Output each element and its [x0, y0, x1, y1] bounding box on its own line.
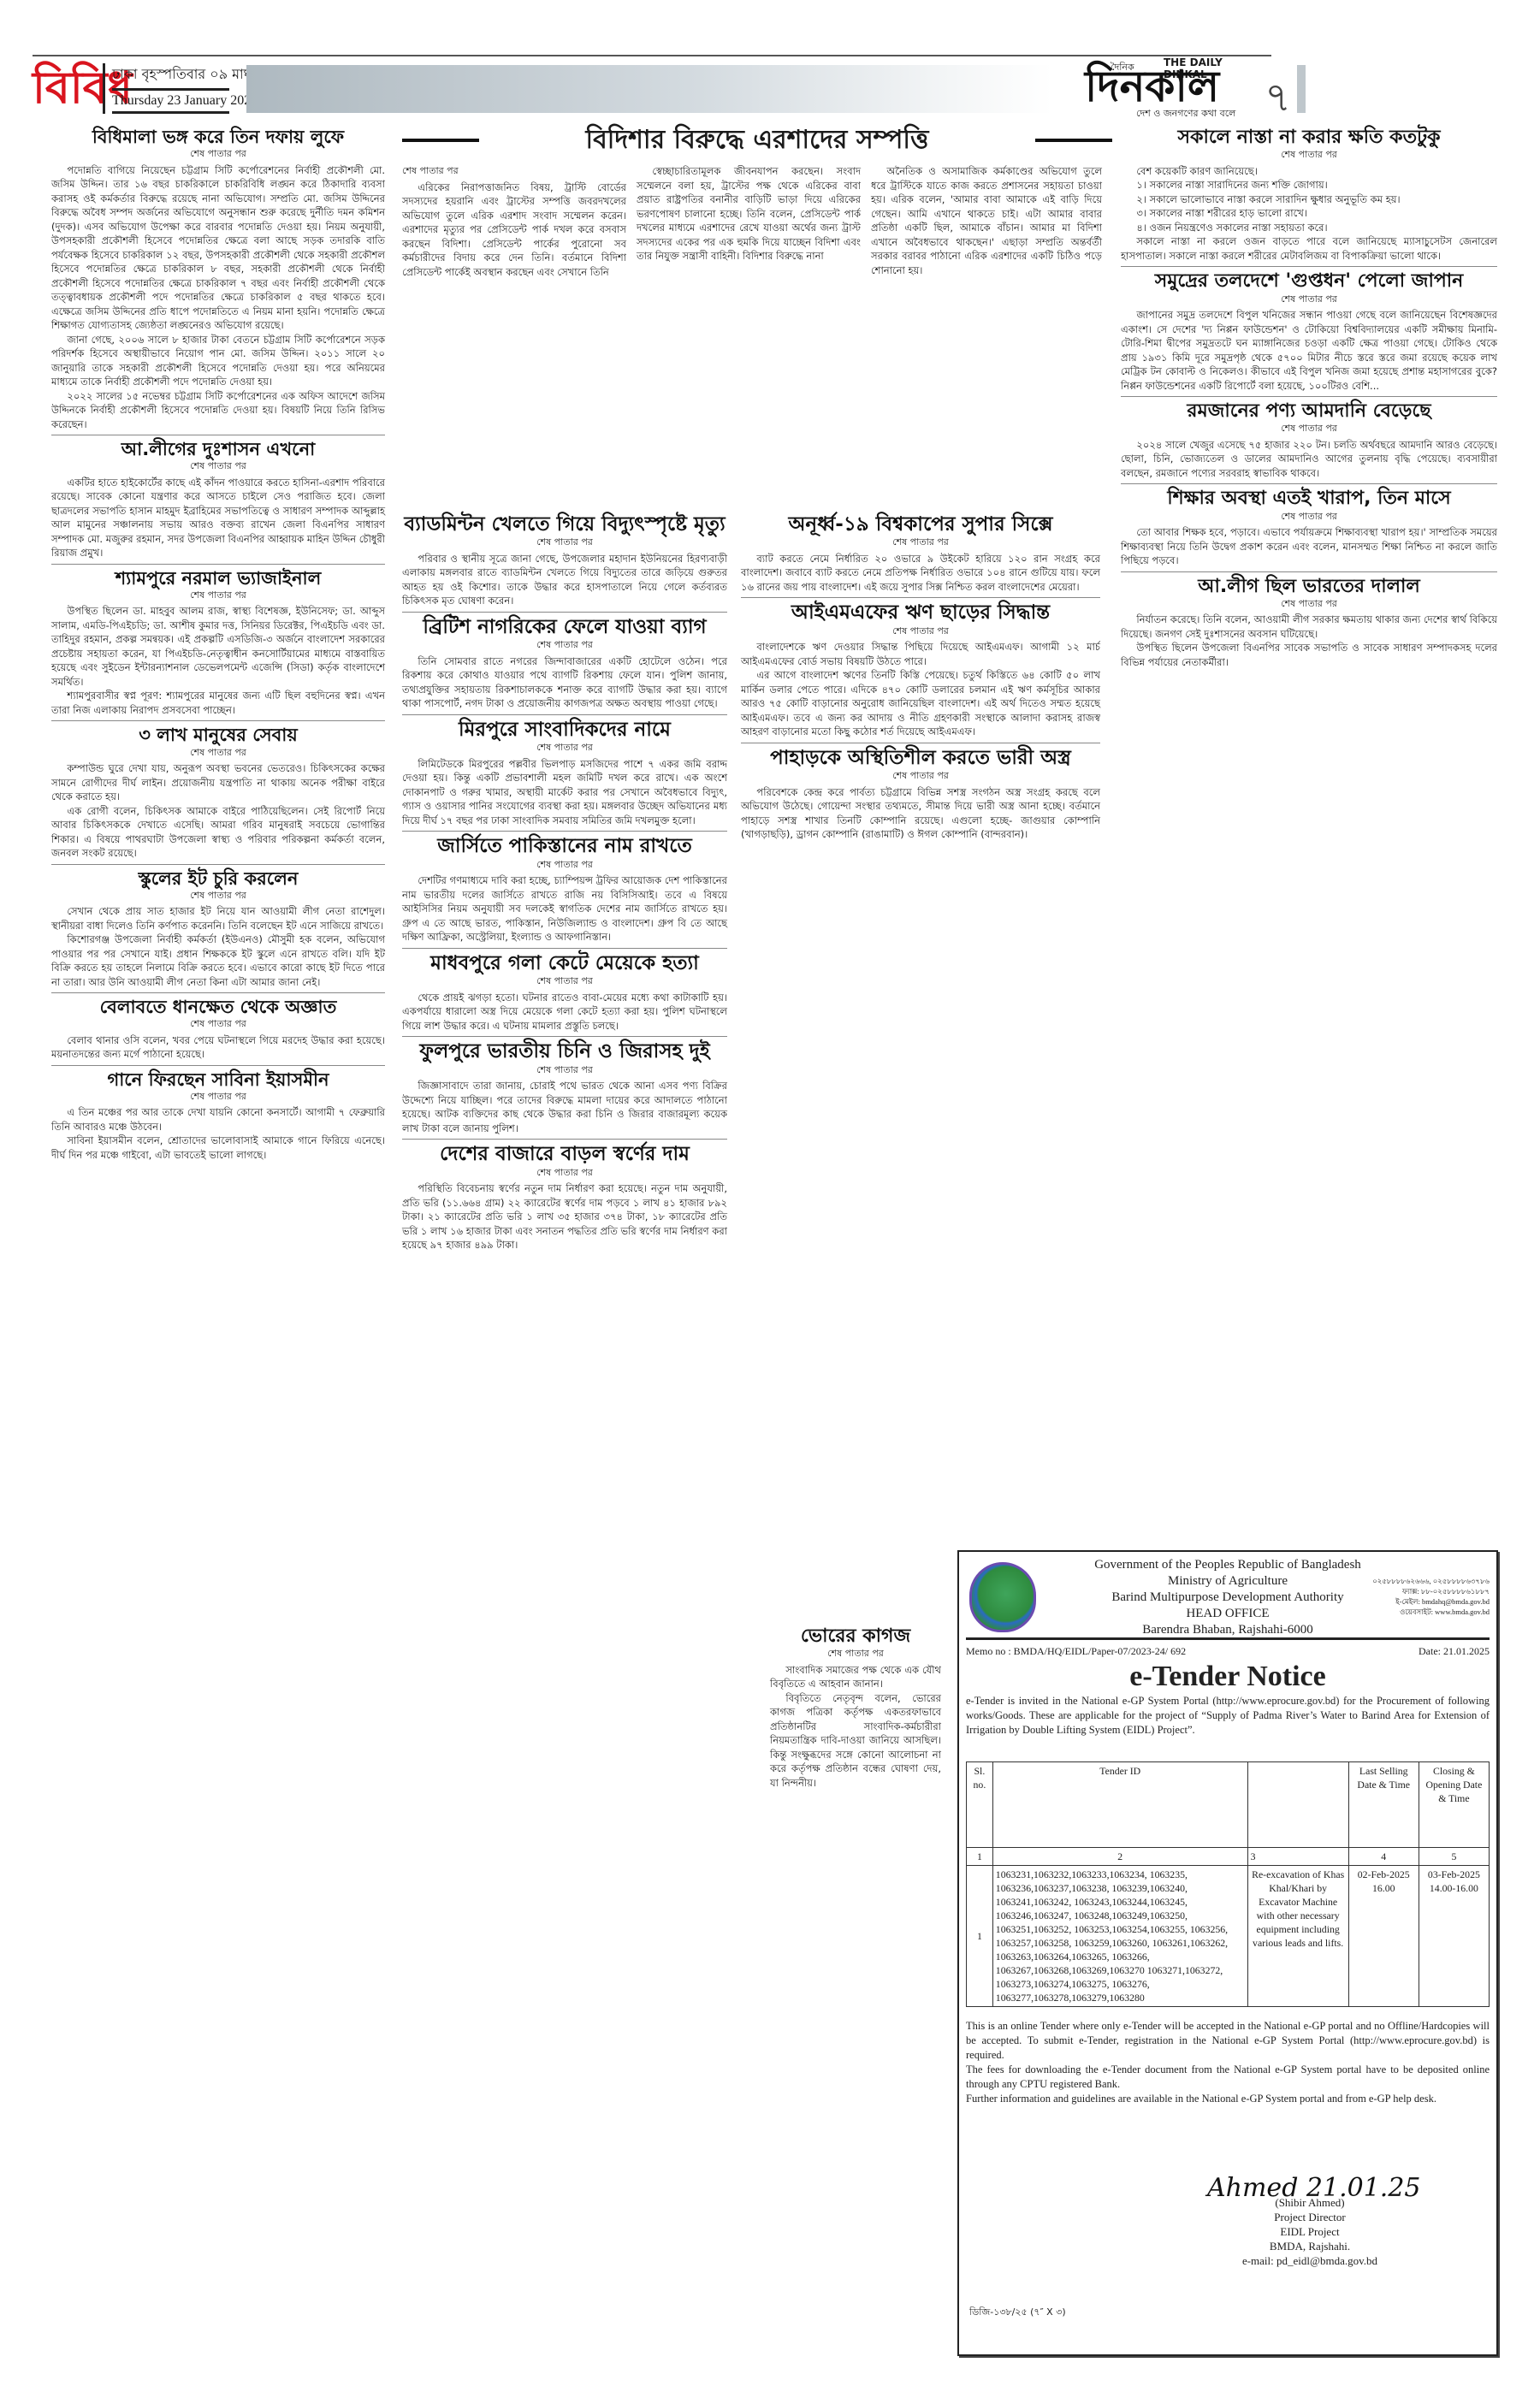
tender-table: Sl. no. Tender ID Last Selling Date & Ti…: [966, 1761, 1490, 2007]
headline[interactable]: সকালে নাস্তা না করার ক্ষতি কতটুকু: [1121, 127, 1497, 148]
headline[interactable]: শিক্ষার অবস্থা এতই খারাপ, তিন মাসে: [1121, 488, 1497, 509]
headline[interactable]: ৩ লাখ মানুষের সেবায়: [51, 725, 385, 745]
headline[interactable]: দেশের বাজারে বাড়ল স্বর্ণের দাম: [402, 1143, 727, 1165]
headline[interactable]: স্কুলের ইট চুরি করলেন: [51, 868, 385, 889]
signer-email[interactable]: e-mail: pd_eidl@bmda.gov.bd: [1173, 2253, 1447, 2268]
paragraph: জানা গেছে, ২০০৬ সালে ৮ হাজার টাকা বেতনে …: [51, 333, 385, 389]
contact-web[interactable]: ওয়েবসাইট: www.bmda.gov.bd: [1372, 1607, 1490, 1617]
paragraph: তিনি সোমবার রাতে নগরের জিন্দাবাজারের একট…: [402, 654, 727, 711]
continued-label: শেষ পাতার পর: [402, 1063, 727, 1078]
bidisha-col-2: স্বেচ্ছাচারিতামূলক জীবনযাপন করছেন। সংবাদ…: [637, 164, 861, 263]
headline[interactable]: বিধিমালা ভঙ্গ করে তিন দফায় লুফে: [51, 127, 385, 147]
contact-phone: ০২৫৮৮৮৮৬২৬৬৬, ০২৫৮৮৮৮৬৩৭৮৬: [1372, 1576, 1490, 1586]
divider: [1121, 571, 1497, 572]
paragraph: কিশোরগঞ্জ উপজেলা নির্বাহী কর্মকর্তা (ইউএ…: [51, 933, 385, 989]
divider: [402, 714, 727, 715]
index-cell: 3: [1247, 1848, 1348, 1866]
masthead: বিবিধ ঢাকা বৃহস্পতিবার ০৯ মাঘ ১৪৩১ Thurs…: [33, 60, 1538, 120]
continued-label: শেষ পাতার পর: [402, 1166, 727, 1181]
tender-footer-1: This is an online Tender where only e-Te…: [966, 2019, 1490, 2063]
signer-project: EIDL Project: [1173, 2224, 1447, 2239]
paragraph: পরিবেশকে কেন্দ্র করে পার্বত্য চট্টগ্রামে…: [741, 785, 1100, 842]
paragraph: সকালে নাস্তা না করলে ওজন বাড়তে পারে বলে…: [1121, 234, 1497, 263]
page-number: ৭: [1265, 67, 1291, 134]
divider: [402, 1036, 727, 1037]
article-jersey: জার্সিতে পাকিস্তানের নাম রাখতে শেষ পাতার…: [402, 835, 727, 944]
article-gold: দেশের বাজারে বাড়ল স্বর্ণের দাম শেষ পাতা…: [402, 1143, 727, 1252]
signature-block: Ahmed 21.01.25 (Shibir Ahmed) Project Di…: [1173, 2181, 1447, 2268]
divider: [402, 948, 727, 949]
table-header-row: Sl. no. Tender ID Last Selling Date & Ti…: [967, 1762, 1490, 1848]
article-imf: আইএমএফের ঋণ ছাড়ের সিদ্ধান্ত শেষ পাতার প…: [741, 601, 1100, 738]
headline[interactable]: অনূর্ধ্ব-১৯ বিশ্বকাপের সুপার সিক্সে: [741, 513, 1100, 536]
bidisha-col-1: শেষ পাতার পর এরিকের নিরাপত্তাজনিত বিষয়,…: [402, 164, 626, 279]
article-shyampur: শ্যামপুরে নরমাল ভ্যাজাইনাল শেষ পাতার পর …: [51, 568, 385, 718]
continued-label: শেষ পাতার পর: [741, 625, 1100, 639]
article-breakfast: সকালে নাস্তা না করার ক্ষতি কতটুকু শেষ পা…: [1121, 127, 1497, 263]
middle-column: ব্যাডমিন্টন খেলতে গিয়ে বিদ্যুৎস্পৃষ্টে …: [402, 513, 727, 1252]
contact-fax: ফ্যাক্স: ৮৮-০২৫৮৮৮৮৬১৮৮৭: [1372, 1586, 1490, 1596]
divider: [741, 597, 1100, 598]
headline-bidisha[interactable]: বিদিশার বিরুদ্ধে এরশাদের সম্পত্তি: [586, 119, 929, 163]
index-cell: 2: [992, 1848, 1247, 1866]
divider: [1121, 483, 1497, 484]
signer-title: Project Director: [1173, 2210, 1447, 2224]
article-british: ব্রিটিশ নাগরিকের ফেলে যাওয়া ব্যাগ শেষ প…: [402, 616, 727, 711]
headline[interactable]: ব্যাডমিন্টন খেলতে গিয়ে বিদ্যুৎস্পৃষ্টে …: [402, 513, 727, 536]
article-sabina: গানে ফিরছেন সাবিনা ইয়াসমীন শেষ পাতার পর…: [51, 1069, 385, 1163]
right-middle-column: অনূর্ধ্ব-১৯ বিশ্বকাপের সুপার সিক্সে শেষ …: [741, 513, 1100, 842]
paragraph: পরিস্থিতি বিবেচনায় স্বর্ণের নতুন দাম নি…: [402, 1181, 727, 1252]
article-india-agent: আ.লীগ ছিল ভারতের দালাল শেষ পাতার পর নির্…: [1121, 576, 1497, 670]
article-u19: অনূর্ধ্ব-১৯ বিশ্বকাপের সুপার সিক্সে শেষ …: [741, 513, 1100, 594]
logo-tagline: দেশ ও জনগণের কথা বলে: [1136, 106, 1235, 122]
date-box: ঢাকা বৃহস্পতিবার ০৯ মাঘ ১৪৩১ Thursday 23…: [103, 63, 229, 114]
paragraph: বেশ কয়েকটি কারণ জানিয়েছে।: [1121, 164, 1497, 179]
memo-number: Memo no : BMDA/HQ/EIDL/Paper-07/2023-24/…: [966, 1645, 1186, 1658]
paragraph: বেলাব থানার ওসি বলেন, খবর পেয়ে ঘটনাস্থল…: [51, 1033, 385, 1062]
headline[interactable]: ফুলপুরে ভারতীয় চিনি ও জিরাসহ দুই: [402, 1040, 727, 1063]
paragraph: স্বেচ্ছাচারিতামূলক জীবনযাপন করছেন। সংবাদ…: [637, 164, 861, 263]
cell-tender-ids: 1063231,1063232,1063233,1063234, 1063235…: [992, 1866, 1247, 2007]
continued-label: শেষ পাতার পর: [1121, 293, 1497, 307]
headline[interactable]: মিরপুরে সাংবাদিকদের নামে: [402, 719, 727, 741]
paragraph: উপস্থিত ছিলেন ডা. মাহবুব আলম রাজ, স্বাস্…: [51, 604, 385, 689]
headline[interactable]: শ্যামপুরে নরমাল ভ্যাজাইনাল: [51, 568, 385, 589]
continued-label: শেষ পাতার পর: [402, 974, 727, 989]
headline[interactable]: ভোরের কাগজ: [770, 1625, 941, 1647]
paragraph: সেখান থেকে প্রায় সাত হাজার ইট নিয়ে যান…: [51, 904, 385, 933]
paragraph: ৩। সকালের নাস্তা শরীরের হাড় ভালো রাখে।: [1121, 206, 1497, 221]
memo-date: Date: 21.01.2025: [1419, 1645, 1490, 1658]
continued-label: শেষ পাতার পর: [51, 746, 385, 761]
signature-scribble: Ahmed 21.01.25: [1173, 2181, 1447, 2195]
continued-label: শেষ পাতার পর: [770, 1647, 941, 1661]
article-belabo: বেলাবতে ধানক্ষেত থেকে অজ্ঞাত শেষ পাতার প…: [51, 997, 385, 1062]
article-japan: সমুদ্রের তলদেশে 'গুপ্তধন' পেলো জাপান শেষ…: [1121, 270, 1497, 393]
signer-org: BMDA, Rajshahi.: [1173, 2239, 1447, 2253]
divider: [51, 864, 385, 865]
col-header-tender-id: Tender ID: [992, 1762, 1247, 1848]
article-ramadan: রমজানের পণ্য আমদানি বেড়েছে শেষ পাতার পর…: [1121, 400, 1497, 480]
article-bidhimala: বিধিমালা ভঙ্গ করে তিন দফায় লুফে শেষ পাত…: [51, 127, 385, 431]
headline-bar-left: [402, 139, 479, 142]
table-row: 1 1063231,1063232,1063233,1063234, 10632…: [967, 1866, 1490, 2007]
index-cell: 1: [967, 1848, 993, 1866]
paragraph: কম্পাউন্ড ঘুরে দেখা যায়, অনুরূপ অবস্থা …: [51, 761, 385, 804]
continued-label: শেষ পাতার পর: [1121, 148, 1497, 163]
headline[interactable]: জার্সিতে পাকিস্তানের নাম রাখতে: [402, 835, 727, 857]
paragraph: পরিবার ও স্থানীয় সূত্রে জানা গেছে, উপজে…: [402, 552, 727, 608]
date-bengali: ঢাকা বৃহস্পতিবার ০৯ মাঘ ১৪৩১: [112, 63, 229, 91]
paragraph: ব্যাট করতে নেমে নির্ধারিত ২০ ওভারে ৯ উইক…: [741, 552, 1100, 595]
top-rule: [33, 55, 1271, 56]
bmda-emblem-icon: [969, 1562, 1036, 1632]
cell-sl: 1: [967, 1866, 993, 2007]
paragraph: শ্যামপুরবাসীর স্বপ্ন পূরণ: শ্যামপুরের মা…: [51, 689, 385, 717]
headline[interactable]: বেলাবতে ধানক্ষেত থেকে অজ্ঞাত: [51, 997, 385, 1017]
headline[interactable]: ব্রিটিশ নাগরিকের ফেলে যাওয়া ব্যাগ: [402, 616, 727, 638]
bidisha-headline-row: বিদিশার বিরুদ্ধে এরশাদের সম্পত্তি: [402, 123, 1112, 157]
paragraph: ২। সকালে ভালোভাবে নাস্তা করলে সারাদিন ক্…: [1121, 192, 1497, 207]
article-phulpur: ফুলপুরে ভারতীয় চিনি ও জিরাসহ দুই শেষ পা…: [402, 1040, 727, 1135]
continued-label: শেষ পাতার পর: [402, 164, 626, 179]
tender-footer-2: The fees for downloading the e-Tender do…: [966, 2063, 1490, 2092]
table-index-row: 1 2 3 4 5: [967, 1848, 1490, 1866]
continued-label: শেষ পাতার পর: [51, 1090, 385, 1104]
paragraph: তো আবার শিক্ষক হবে, পড়াবে। এভাবে পর্যায…: [1121, 525, 1497, 568]
logo-main: দিনকাল: [1085, 63, 1219, 110]
continued-label: শেষ পাতার পর: [51, 459, 385, 474]
continued-label: শেষ পাতার পর: [1121, 597, 1497, 612]
divider: [402, 1139, 727, 1140]
bidisha-col-3: অনৈতিক ও অসামাজিক কর্মকাণ্ডের অভিযোগ তুল…: [871, 164, 1102, 277]
divider: [51, 1065, 385, 1066]
contact-block: ০২৫৮৮৮৮৬২৬৬৬, ০২৫৮৮৮৮৬৩৭৮৬ ফ্যাক্স: ৮৮-০…: [1372, 1576, 1490, 1617]
gov-line: Government of the Peoples Republic of Ba…: [966, 1557, 1490, 1573]
continued-label: শেষ পাতার পর: [402, 536, 727, 550]
paragraph: অনৈতিক ও অসামাজিক কর্মকাণ্ডের অভিযোগ তুল…: [871, 164, 1102, 277]
continued-label: শেষ পাতার পর: [51, 889, 385, 903]
continued-label: শেষ পাতার পর: [51, 147, 385, 162]
headline[interactable]: রমজানের পণ্য আমদানি বেড়েছে: [1121, 400, 1497, 422]
paragraph: এর আগে বাংলাদেশ ঋণের তিনটি কিস্তি পেয়েছ…: [741, 668, 1100, 739]
article-bhorer-kagoj: ভোরের কাগজ শেষ পাতার পর সাংবাদিক সমাজের …: [770, 1625, 941, 1790]
continued-label: শেষ পাতার পর: [51, 589, 385, 603]
tender-intro: e-Tender is invited in the National e-GP…: [966, 1694, 1490, 1738]
cell-description: Re-excavation of Khas Khal/Khari by Exca…: [1247, 1866, 1348, 2007]
index-cell: 4: [1348, 1848, 1419, 1866]
divider: [51, 435, 385, 435]
paragraph: একটির হাতে হাইকোর্টের কাছে এই কাঁদন পাওয…: [51, 476, 385, 560]
header-band-right: [1297, 65, 1306, 113]
right-column: সকালে নাস্তা না করার ক্ষতি কতটুকু শেষ পা…: [1121, 127, 1497, 669]
cell-closing-opening: 03-Feb-2025 14.00-16.00: [1419, 1866, 1489, 2007]
continued-label: শেষ পাতার পর: [1121, 422, 1497, 436]
divider: [51, 720, 385, 721]
article-education: শিক্ষার অবস্থা এতই খারাপ, তিন মাসে শেষ প…: [1121, 488, 1497, 567]
divider: [51, 992, 385, 993]
paragraph: ১। সকালের নাস্তা সারাদিনের জন্য শক্তি জো…: [1121, 178, 1497, 192]
continued-label: শেষ পাতার পর: [741, 769, 1100, 784]
continued-label: শেষ পাতার পর: [51, 1017, 385, 1032]
article-mirpur: মিরপুরে সাংবাদিকদের নামে শেষ পাতার পর লি…: [402, 719, 727, 827]
paragraph: বিবৃতিতে নেতৃবৃন্দ বলেন, ভোরের কাগজ পত্র…: [770, 1691, 941, 1791]
paragraph: জিজ্ঞাসাবাদে তারা জানায়, চোরাই পথে ভারত…: [402, 1079, 727, 1135]
divider: [1121, 266, 1497, 267]
article-madhabpur: মাধবপুরে গলা কেটে মেয়েকে হত্যা শেষ পাতা…: [402, 952, 727, 1033]
continued-label: শেষ পাতার পর: [402, 741, 727, 755]
paragraph: এ তিন মঞ্চের পর আর তাকে দেখা যায়নি কোনো…: [51, 1105, 385, 1134]
divider: [1121, 396, 1497, 397]
index-cell: 5: [1419, 1848, 1489, 1866]
divider: [402, 612, 727, 613]
paragraph: জাপানের সমুদ্র তলদেশে বিপুল খনিজের সন্ধা…: [1121, 308, 1497, 393]
cell-last-selling: 02-Feb-2025 16.00: [1348, 1866, 1419, 2007]
headline[interactable]: আ.লীগের দুঃশাসন এখনো: [51, 439, 385, 459]
continued-label: শেষ পাতার পর: [402, 858, 727, 873]
paragraph: ২০২২ সালের ১৫ নভেম্বর চট্টগ্রাম সিটি কর্…: [51, 389, 385, 432]
memo-row: Memo no : BMDA/HQ/EIDL/Paper-07/2023-24/…: [966, 1640, 1490, 1660]
col-header-closing-opening: Closing & Opening Date & Time: [1419, 1762, 1489, 1848]
paragraph: থেকে প্রায়ই ঝগড়া হতো। ঘটনার রাতেও বাবা…: [402, 991, 727, 1033]
article-school-brick: স্কুলের ইট চুরি করলেন শেষ পাতার পর সেখান…: [51, 868, 385, 990]
narrow-column: ভোরের কাগজ শেষ পাতার পর সাংবাদিক সমাজের …: [770, 1625, 941, 1790]
headline[interactable]: মাধবপুরে গলা কেটে মেয়েকে হত্যা: [402, 952, 727, 974]
tender-letterhead: Government of the Peoples Republic of Ba…: [966, 1557, 1490, 1636]
ad-code: ডিজি-১৩৮/২৫ (৭″ X ৩): [969, 2305, 1066, 2321]
headline[interactable]: আ.লীগ ছিল ভারতের দালাল: [1121, 576, 1497, 597]
paragraph: এক রোগী বলেন, চিকিৎসক আমাকে বাইরে পাঠিয়…: [51, 804, 385, 861]
paragraph: লিমিটেডকে মিরপুরের পল্লবীর ভিলপাড় মসজিদ…: [402, 757, 727, 828]
date-english: Thursday 23 January 2025: [112, 91, 229, 114]
col-header-last-selling: Last Selling Date & Time: [1348, 1762, 1419, 1848]
contact-email[interactable]: ই-মেইল: bmdahq@bmda.gov.bd: [1372, 1596, 1490, 1607]
paragraph: নির্যাতন করেছে। তিনি বলেন, আওয়ামী লীগ স…: [1121, 613, 1497, 641]
paragraph: সাবিনা ইয়াসমীন বলেন, শ্রোতাদের ভালোবাসা…: [51, 1134, 385, 1162]
paragraph: বাংলাদেশকে ঋণ দেওয়ার সিদ্ধান্ত পিছিয়ে …: [741, 640, 1100, 668]
headline[interactable]: গানে ফিরছেন সাবিনা ইয়াসমীন: [51, 1069, 385, 1090]
headline[interactable]: সমুদ্রের তলদেশে 'গুপ্তধন' পেলো জাপান: [1121, 270, 1497, 292]
tender-footer-3: Further information and guidelines are a…: [966, 2092, 1490, 2106]
article-badminton: ব্যাডমিন্টন খেলতে গিয়ে বিদ্যুৎস্পৃষ্টে …: [402, 513, 727, 608]
article-three-lakh: ৩ লাখ মানুষের সেবায় শেষ পাতার পর কম্পাউ…: [51, 725, 385, 860]
divider: [51, 564, 385, 565]
paragraph: উপস্থিত ছিলেন উপজেলা বিএনপির সাবেক সভাপত…: [1121, 641, 1497, 669]
divider: [741, 743, 1100, 743]
col-header-sl: Sl. no.: [967, 1762, 993, 1848]
headline[interactable]: আইএমএফের ঋণ ছাড়ের সিদ্ধান্ত: [741, 601, 1100, 624]
left-column: বিধিমালা ভঙ্গ করে তিন দফায় লুফে শেষ পাত…: [51, 127, 385, 1162]
paragraph: পদোন্নতি বাগিয়ে নিয়েছেন চট্টগ্রাম সিটি…: [51, 163, 385, 333]
paragraph: ২০২৪ সালে খেজুর এসেছে ৭৫ হাজার ২২০ টন। চ…: [1121, 438, 1497, 481]
article-awami: আ.লীগের দুঃশাসন এখনো শেষ পাতার পর একটির …: [51, 439, 385, 560]
paragraph: দেশটির গণমাধ্যমে দাবি করা হচ্ছে, চ্যাম্প…: [402, 873, 727, 944]
continued-label: শেষ পাতার পর: [741, 536, 1100, 550]
paragraph: এরিকের নিরাপত্তাজনিত বিষয়, ট্রাস্টি বোর…: [402, 181, 626, 280]
col-header-description: [1247, 1762, 1348, 1848]
continued-label: শেষ পাতার পর: [402, 638, 727, 653]
continued-label: শেষ পাতার পর: [1121, 510, 1497, 524]
paragraph: ৪। ওজন নিয়ন্ত্রণেও সকালের নাস্তা সহায়ত…: [1121, 221, 1497, 235]
headline[interactable]: পাহাড়কে অস্থিতিশীল করতে ভারী অস্ত্র: [741, 747, 1100, 769]
headline-bar-right: [1035, 139, 1112, 142]
divider: [402, 831, 727, 832]
tender-notice-ad: Government of the Peoples Republic of Ba…: [957, 1550, 1498, 2356]
article-pahar: পাহাড়কে অস্থিতিশীল করতে ভারী অস্ত্র শেষ…: [741, 747, 1100, 842]
address: Barendra Bhaban, Rajshahi-6000: [966, 1622, 1490, 1638]
tender-title: e-Tender Notice: [966, 1660, 1490, 1694]
paragraph: সাংবাদিক সমাজের পক্ষ থেকে এক যৌথ বিবৃতিত…: [770, 1663, 941, 1691]
